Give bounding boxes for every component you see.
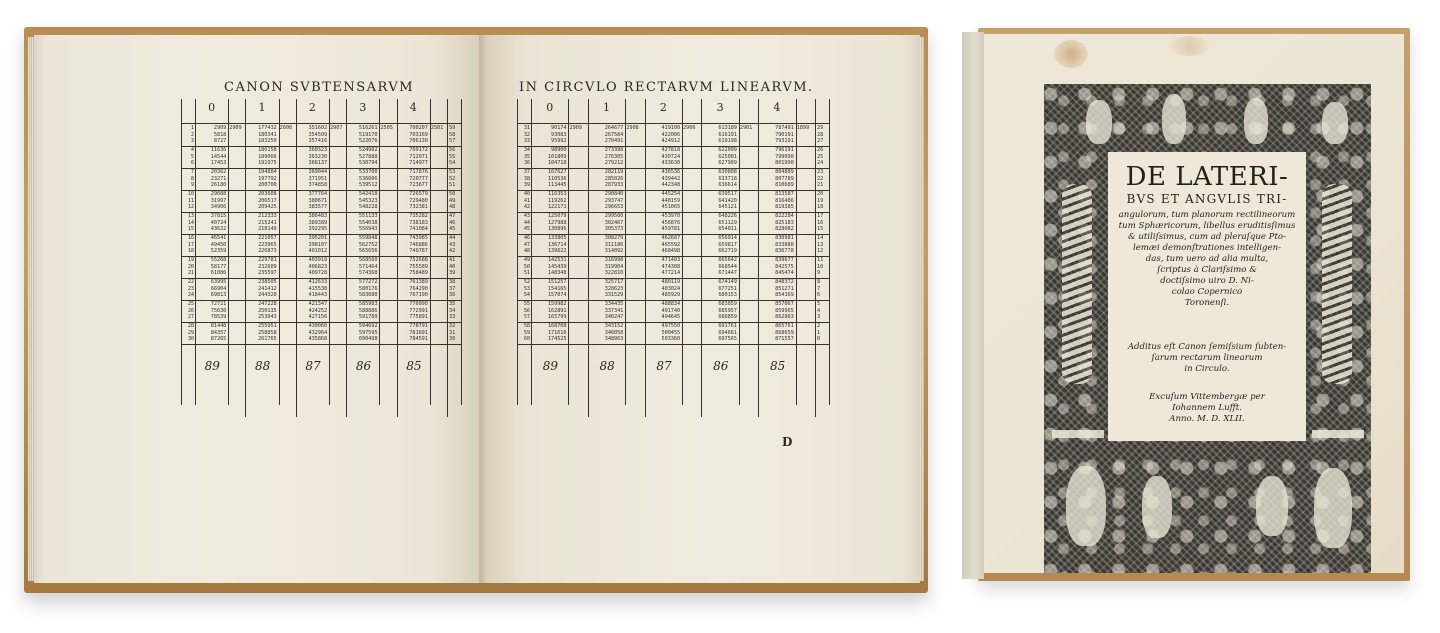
row-labels: 4 5 6 [183,147,194,167]
row-labels: 16 17 18 [183,235,194,255]
title-body-line: das, tum uero ad alia multa, [1114,254,1300,265]
putto-figure [1142,476,1172,538]
table-values: 480119 483024 485929 [647,279,680,299]
table-values: 203608 206517 209425 [247,191,276,211]
table-values: 542418 545323 548228 [348,191,377,211]
table-values: 55268 58177 61086 [197,257,226,277]
row-labels: 49 50 51 [519,257,530,277]
table-values: 488834 491740 494645 [647,301,680,321]
column-header: 4 [397,101,430,123]
table-rule [181,123,461,124]
table-values: 72721 75630 78539 [197,301,226,321]
left-page-heading: CANON SVBTENSARVM [224,80,414,95]
table-values: 255951 258858 261765 [247,323,276,343]
row-labels: 14 13 12 [817,235,828,255]
row-labels: 56 55 54 [449,147,460,167]
pillar-base-right [1312,430,1364,438]
table-values: 471403 474308 477214 [647,257,680,277]
table-values: 168708 171616 174525 [533,323,566,343]
table-rule [517,123,829,124]
table-values: 90174 93083 95992 [533,125,566,145]
table-values: 238505 241412 244320 [247,279,276,299]
table-values: 299560 302467 305373 [590,213,623,233]
table-values: 386483 389389 392295 [298,213,327,233]
table-values: 2909 5818 8727 [197,125,226,145]
table-values: 813587 816486 819385 [760,191,793,211]
row-labels: 13 14 15 [183,213,194,233]
table-values: 639517 641420 645121 [703,191,736,211]
column-header: 1 [245,101,278,123]
row-labels: 28 29 30 [183,323,194,343]
table-rule [461,99,462,405]
table-values: 29088 31997 34906 [197,191,226,211]
addition-line: ſarum rectarum linearum [1114,353,1300,364]
table-values: 430060 432964 435868 [298,323,327,343]
table-values: 594692 597595 600498 [348,323,377,343]
table-values: 151257 154165 157074 [533,279,566,299]
row-labels: 44 43 42 [449,235,460,255]
footer-number: 86 [713,359,728,373]
row-labels: 2 1 0 [817,323,828,343]
row-labels: 40 41 42 [519,191,530,211]
row-labels: 46 47 48 [519,235,530,255]
imprint-line: Iohannem Lufft. [1114,403,1300,414]
putto-figure [1244,98,1268,144]
table-values: 752688 755589 758489 [399,257,428,277]
table-values: 412633 415538 418443 [298,279,327,299]
table-values: 691761 694661 697565 [703,323,736,343]
table-values: 804889 807789 810689 [760,169,793,189]
column-header: 0 [195,101,228,123]
ornamental-pillar-left [1062,184,1092,384]
table-values: 848372 851271 854169 [760,279,793,299]
book-gutter [479,35,485,583]
title-body-line: lemæi demonſtrationes intelligen- [1114,243,1300,254]
row-labels: 34 35 36 [519,147,530,167]
title-body: angulorum, tum planorum rectilineorum tu… [1114,210,1300,309]
table-values: 778791 781691 784591 [399,323,428,343]
row-labels: 43 44 45 [519,213,530,233]
table-values: 630808 633718 636614 [703,169,736,189]
table-values: 290840 293747 296653 [590,191,623,211]
title-body-line: colao Copernico [1114,287,1300,298]
table-values: 212333 215241 218149 [247,213,276,233]
sea-creature-figure [1314,468,1352,548]
table-values: 63995 66904 69813 [197,279,226,299]
difference-value: 2608 [280,125,292,132]
main-title: DE LATERI- [1108,162,1306,192]
row-labels: 26 25 24 [817,147,828,167]
table-values: 282119 285026 287933 [590,169,623,189]
addition-line: Additus eſt Canon ſemiſsium ſubten- [1114,342,1300,353]
table-values: 613189 616191 619198 [703,125,736,145]
table-values: 497550 500455 503360 [647,323,680,343]
right-page: IN CIRCVLO RECTARVM LINEARVM. 0123431 32… [482,35,920,583]
row-labels: 59 58 57 [449,125,460,145]
ornamental-pillar-right [1322,184,1352,384]
table-rule [181,344,461,345]
title-page-book: DE LATERI- BVS ET ANGVLIS TRI- angulorum… [962,28,1410,581]
table-values: 700207 703169 706130 [399,125,428,145]
footer-number: 85 [406,359,421,373]
difference-value: 2906 [683,125,695,132]
row-labels: 29 28 27 [817,125,828,145]
row-labels: 25 26 27 [183,301,194,321]
putto-figure [1256,476,1288,536]
table-values: 656914 659817 662719 [703,235,736,255]
row-labels: 32 31 30 [449,323,460,343]
table-values: 403918 406823 409728 [298,257,327,277]
table-values: 857067 859965 862863 [760,301,793,321]
table-values: 533700 536606 539512 [348,169,377,189]
table-values: 622099 625001 627909 [703,147,736,167]
footer-number: 89 [543,359,558,373]
table-values: 796191 799090 801990 [760,147,793,167]
row-labels: 20 19 18 [817,191,828,211]
table-values: 427818 430724 433630 [647,147,680,167]
table-values: 709172 712071 714977 [399,147,428,167]
foxing-stain [1169,36,1209,56]
footer-number: 85 [770,359,785,373]
row-labels: 23 22 21 [817,169,828,189]
row-labels: 50 49 48 [449,191,460,211]
table-values: 360323 363230 366137 [298,147,327,167]
row-labels: 53 52 51 [449,169,460,189]
imprint-line: Anno. M. D. XLII. [1114,414,1300,425]
footer-number: 88 [255,359,270,373]
column-header: 3 [346,101,379,123]
row-labels: 5 4 3 [817,301,828,321]
row-labels: 17 16 15 [817,213,828,233]
difference-value: 1899 [797,125,809,132]
table-values: 11636 14544 17453 [197,147,226,167]
title-text-panel: DE LATERI- BVS ET ANGVLIS TRI- angulorum… [1108,152,1306,441]
table-values: 551133 554038 556943 [348,213,377,233]
table-values: 787491 790191 793191 [760,125,793,145]
table-values: 665642 668544 671447 [703,257,736,277]
imprint-line: Excuſum Vittembergæ per [1114,392,1300,403]
table-values: 325717 328623 331529 [590,279,623,299]
footer-number: 87 [656,359,671,373]
table-values: 421347 424252 427156 [298,301,327,321]
difference-value: 2909 [569,125,581,132]
left-page: CANON SVBTENSARVM 012341 2 359 58 572909… [34,35,482,583]
subtitle: BVS ET ANGVLIS TRI- [1114,192,1300,206]
row-labels: 1 2 3 [183,125,194,145]
table-values: 177432 180341 183250 [247,125,276,145]
table-values: 186158 189066 191975 [247,147,276,167]
difference-value: 2501 [431,125,443,132]
table-values: 351602 354509 357416 [298,125,327,145]
table-values: 20362 23271 26180 [197,169,226,189]
column-header: 2 [296,101,329,123]
table-values: 81448 84357 87265 [197,323,226,343]
title-body-line: tum Sphæricorum, libellus eruditisſimus [1114,221,1300,232]
row-labels: 55 56 57 [519,301,530,321]
table-values: 743985 746886 749787 [399,235,428,255]
row-labels: 52 53 54 [519,279,530,299]
row-labels: 22 23 24 [183,279,194,299]
table-values: 770090 772991 775891 [399,301,428,321]
title-body-line: doctiſsimo uiro D. Ni- [1114,276,1300,287]
table-values: 159982 162891 165799 [533,301,566,321]
row-labels: 8 7 6 [817,279,828,299]
table-values: 395201 398107 401012 [298,235,327,255]
table-values: 674149 677251 680153 [703,279,736,299]
table-values: 125079 127988 130896 [533,213,566,233]
column-header: 4 [758,101,795,123]
table-values: 46541 49450 52359 [197,235,226,255]
addition-line: in Circulo. [1114,364,1300,375]
foxing-stain [1054,40,1088,68]
table-values: 316998 319904 322810 [590,257,623,277]
difference-value: 2907 [330,125,342,132]
difference-value: 2908 [626,125,638,132]
difference-value: 2505 [380,125,392,132]
table-values: 419100 422006 424912 [647,125,680,145]
putto-figure [1162,94,1186,144]
title-page: DE LATERI- BVS ET ANGVLIS TRI- angulorum… [984,34,1404,573]
table-values: 334435 337341 340247 [590,301,623,321]
footer-number: 86 [356,359,371,373]
table-values: 865761 868659 871557 [760,323,793,343]
imprint: Excuſum Vittembergæ per Iohannem Lufft. … [1114,392,1300,425]
table-values: 717876 720777 723677 [399,169,428,189]
difference-value: 2901 [740,125,752,132]
sea-creature-figure [1066,466,1106,546]
table-values: 648226 651129 654011 [703,213,736,233]
table-values: 735282 738183 741084 [399,213,428,233]
table-values: 369044 371951 374858 [298,169,327,189]
row-labels: 31 32 33 [519,125,530,145]
right-page-heading: IN CIRCVLO RECTARVM LINEARVM. [519,80,814,95]
table-values: 436536 439442 442348 [647,169,680,189]
woodcut-border: DE LATERI- BVS ET ANGVLIS TRI- angulorum… [1044,84,1371,573]
table-values: 229781 232689 235597 [247,257,276,277]
row-labels: 38 37 36 [449,279,460,299]
column-header: 3 [701,101,738,123]
row-labels: 10 11 12 [183,191,194,211]
table-values: 273398 276305 279212 [590,147,623,167]
open-book: CANON SVBTENSARVM 012341 2 359 58 572909… [24,27,928,593]
addition-note: Additus eſt Canon ſemiſsium ſubten- ſaru… [1114,342,1300,375]
book-spine [962,32,984,579]
table-values: 726579 729480 732381 [399,191,428,211]
footer-number: 88 [600,359,615,373]
table-values: 142531 145439 148348 [533,257,566,277]
table-values: 343152 346058 348963 [590,323,623,343]
putto-figure [1322,102,1348,144]
row-labels: 58 59 60 [519,323,530,343]
title-body-line: & utiliſsimus, cum ad pleraſque Pto- [1114,232,1300,243]
table-values: 524982 527888 530794 [348,147,377,167]
title-body-line: ſcriptus à Clariſsimo & [1114,265,1300,276]
table-values: 559848 562752 565656 [348,235,377,255]
table-values: 116353 119262 122171 [533,191,566,211]
column-header: 0 [531,101,568,123]
table-values: 577272 580176 583080 [348,279,377,299]
pillar-base-left [1052,430,1104,438]
table-values: 107627 110536 113445 [533,169,566,189]
row-labels: 19 20 21 [183,257,194,277]
table-values: 308279 311186 314092 [590,235,623,255]
table-rule [517,344,829,345]
difference-value: 2909 [229,125,241,132]
table-values: 683059 685957 688859 [703,301,736,321]
table-values: 133805 136714 139622 [533,235,566,255]
row-labels: 47 46 45 [449,213,460,233]
table-values: 453970 456876 459781 [647,213,680,233]
row-labels: 11 10 9 [817,257,828,277]
column-header: 2 [645,101,682,123]
table-values: 445254 448159 451065 [647,191,680,211]
table-values: 37815 40724 43632 [197,213,226,233]
table-values: 377764 380671 383577 [298,191,327,211]
table-values: 264677 267584 270491 [590,125,623,145]
table-values: 221057 223965 226873 [247,235,276,255]
table-values: 585983 588886 591789 [348,301,377,321]
table-values: 462687 465592 468498 [647,235,680,255]
row-labels: 41 40 39 [449,257,460,277]
title-body-line: angulorum, tum planorum rectilineorum [1114,210,1300,221]
footer-number: 87 [305,359,320,373]
table-values: 822284 825183 828082 [760,213,793,233]
row-labels: 37 38 39 [519,169,530,189]
table-values: 247228 250135 253043 [247,301,276,321]
putto-figure [1086,100,1112,144]
table-values: 516261 519170 522076 [348,125,377,145]
row-labels: 7 8 9 [183,169,194,189]
title-body-line: Toronenſi. [1114,298,1300,309]
column-header: 1 [588,101,625,123]
row-labels: 35 34 33 [449,301,460,321]
table-values: 568560 571464 574368 [348,257,377,277]
table-values: 761389 764290 767190 [399,279,428,299]
footer-number: 89 [205,359,220,373]
table-rule [829,99,830,405]
table-values: 830981 833880 836778 [760,235,793,255]
table-values: 194884 197792 200700 [247,169,276,189]
signature-mark: D [782,435,792,449]
table-values: 839677 842575 845474 [760,257,793,277]
table-values: 98900 101809 104718 [533,147,566,167]
